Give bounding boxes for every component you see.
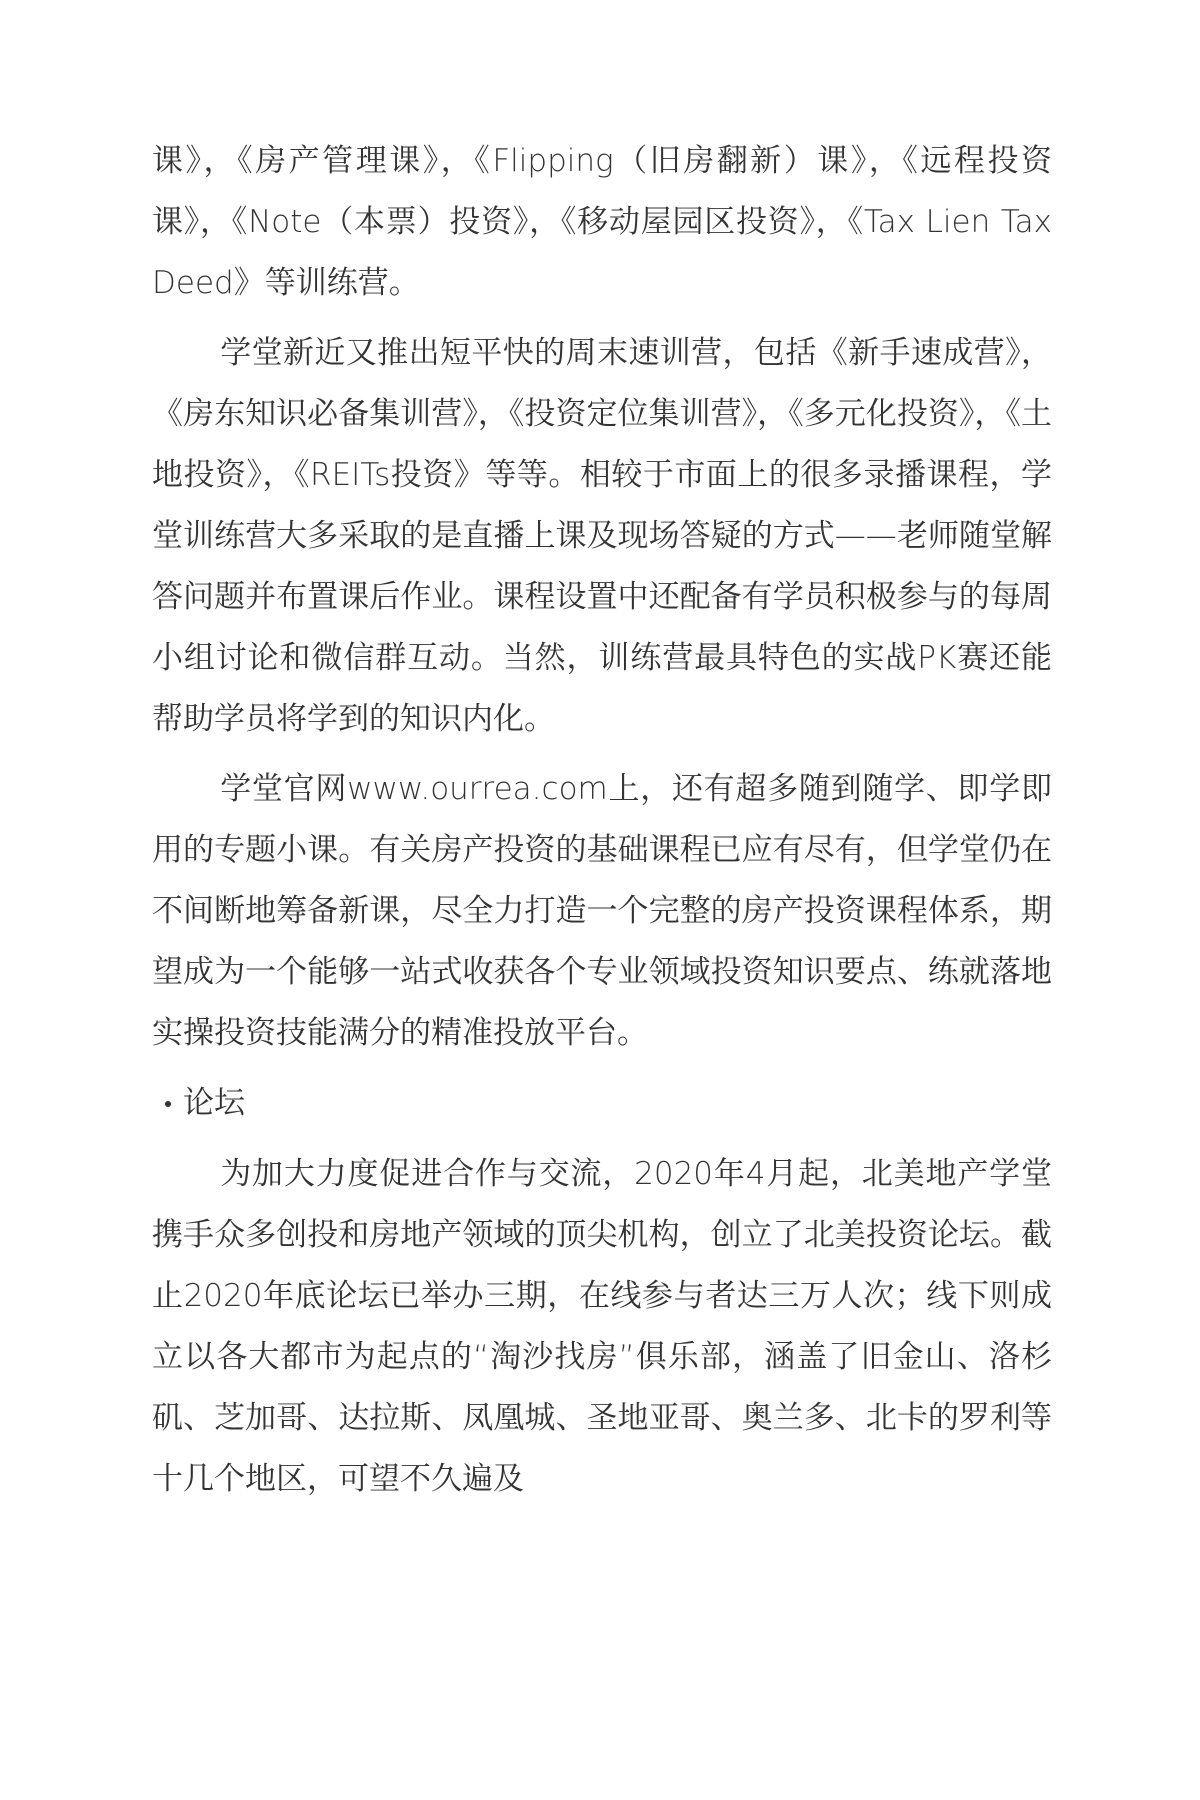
section-heading-forum: 论坛	[152, 1073, 1052, 1134]
section-heading-text: 论坛	[183, 1073, 245, 1134]
paragraph-weekend-camps: 学堂新近又推出短平快的周末速训营，包括《新手速成营》，《房东知识必备集训营》，《…	[152, 323, 1052, 750]
article-page: 课》，《房产管理课》，《Flipping（旧房翻新）课》，《远程投资课》，《No…	[152, 131, 1052, 1519]
paragraph-courses-continued: 课》，《房产管理课》，《Flipping（旧房翻新）课》，《远程投资课》，《No…	[152, 131, 1052, 314]
bullet-dot-icon	[165, 1101, 171, 1107]
paragraph-website-courses: 学堂官网www.ourrea.com上，还有超多随到随学、即学即用的专题小课。有…	[152, 759, 1052, 1064]
paragraph-forum-intro: 为加大力度促进合作与交流，2020年4月起，北美地产学堂携手众多创投和房地产领域…	[152, 1144, 1052, 1510]
